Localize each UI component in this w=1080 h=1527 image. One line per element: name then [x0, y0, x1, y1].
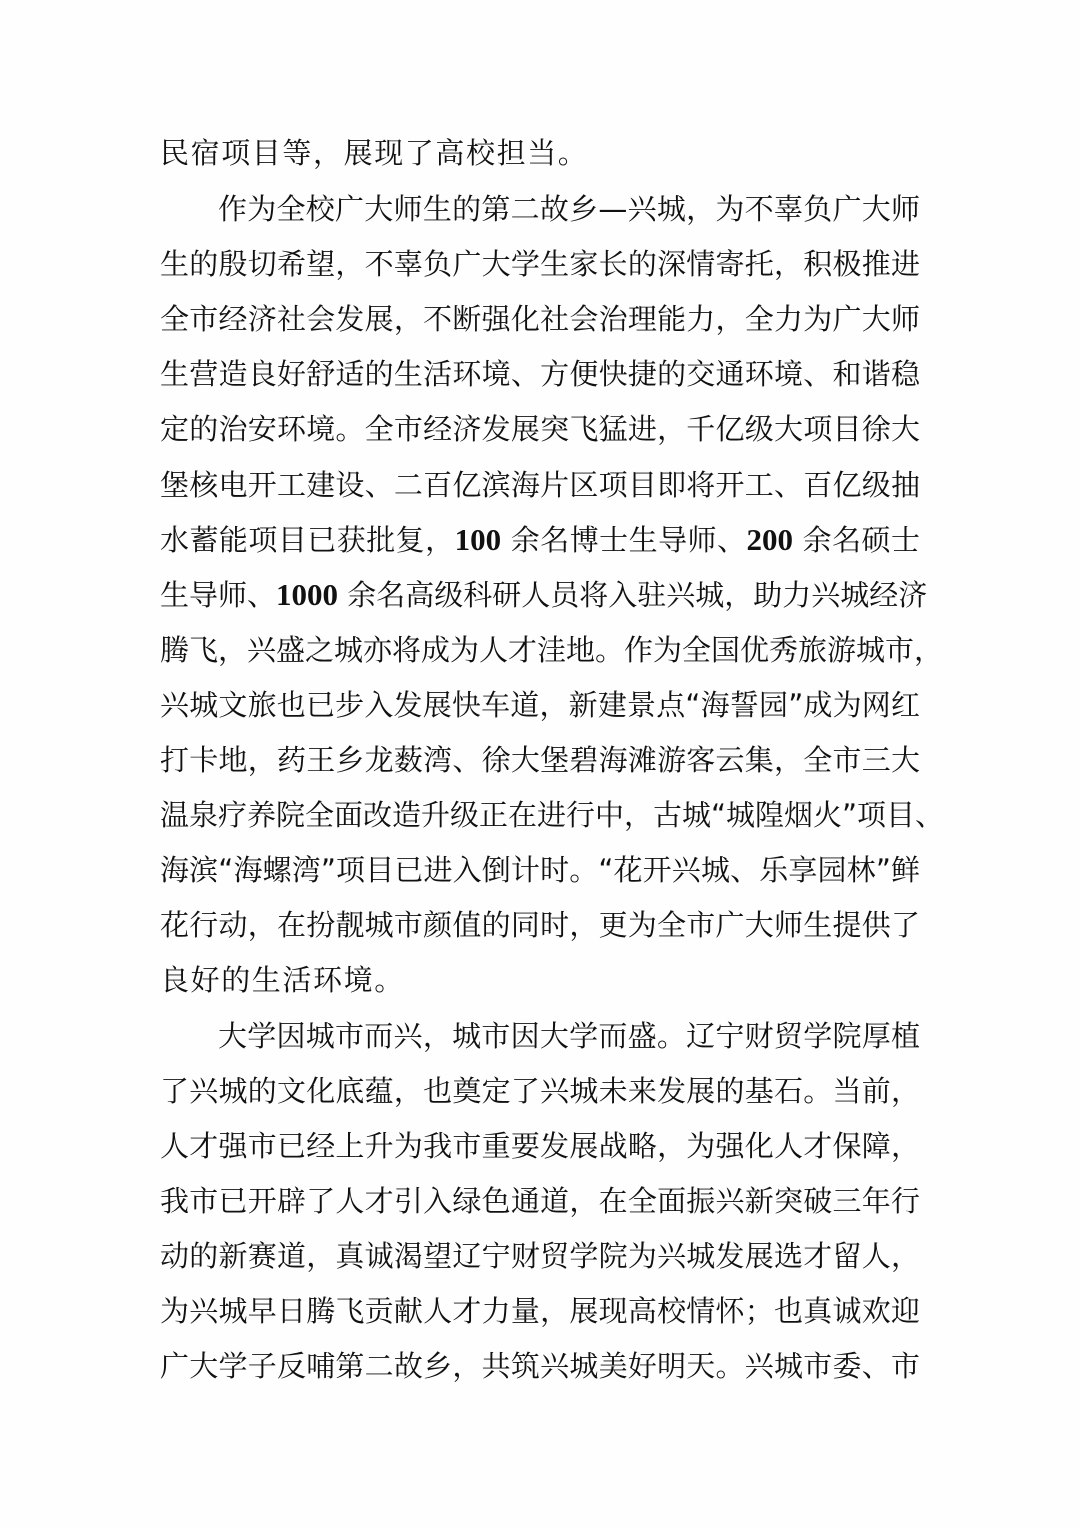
bold-number: 1000	[276, 577, 338, 612]
text-line: 堡核电开工建设、二百亿滨海片区项目即将开工、百亿级抽	[160, 465, 920, 505]
text-line: 良好的生活环境。	[160, 960, 920, 1000]
document-page: 民宿项目等，展现了高校担当。 作为全校广大师生的第二故乡—兴城，为不辜负广大师 …	[0, 0, 1080, 1527]
text-line: 腾飞，兴盛之城亦将成为人才洼地。作为全国优秀旅游城市，	[160, 630, 920, 670]
text-line: 生营造良好舒适的生活环境、方便快捷的交通环境、和谐稳	[160, 354, 920, 394]
text-line: 花行动，在扮靓城市颜值的同时，更为全市广大师生提供了	[160, 905, 920, 945]
text-line: 兴城文旅也已步入发展快车道，新建景点“海誓园”成为网红	[160, 685, 920, 725]
text-line: 打卡地，药王乡龙薮湾、徐大堡碧海滩游客云集，全市三大	[160, 740, 920, 780]
text-segment: 水蓄能项目已获批复，	[160, 523, 455, 557]
text-line: 广大学子反哺第二故乡，共筑兴城美好明天。兴城市委、市	[160, 1346, 920, 1386]
text-segment: 余名高级科研人员将入驻兴城，助力兴城经济	[338, 578, 927, 612]
text-segment: 余名博士生导师、	[501, 523, 746, 557]
text-line: 温泉疗养院全面改造升级正在进行中，古城“城隍烟火”项目、	[160, 795, 920, 835]
text-line: 生的殷切希望，不辜负广大学生家长的深情寄托，积极推进	[160, 244, 920, 284]
text-line: 海滨“海螺湾”项目已进入倒计时。“花开兴城、乐享园林”鲜	[160, 850, 920, 890]
bold-number: 100	[455, 522, 502, 557]
text-line-paragraph-start: 作为全校广大师生的第二故乡—兴城，为不辜负广大师	[218, 189, 920, 229]
text-line: 全市经济社会发展，不断强化社会治理能力，全力为广大师	[160, 299, 920, 339]
text-segment: 生导师、	[160, 578, 276, 612]
text-line: 我市已开辟了人才引入绿色通道，在全面振兴新突破三年行	[160, 1181, 920, 1221]
text-line: 人才强市已经上升为我市重要发展战略，为强化人才保障，	[160, 1126, 920, 1166]
text-line: 动的新赛道，真诚渴望辽宁财贸学院为兴城发展选才留人，	[160, 1236, 920, 1276]
text-line-paragraph-start: 大学因城市而兴，城市因大学而盛。辽宁财贸学院厚植	[218, 1016, 920, 1056]
text-line: 了兴城的文化底蕴，也奠定了兴城未来发展的基石。当前，	[160, 1071, 920, 1111]
text-line: 定的治安环境。全市经济发展突飞猛进，千亿级大项目徐大	[160, 409, 920, 449]
text-line-with-numbers: 水蓄能项目已获批复，100 余名博士生导师、200 余名硕士	[160, 520, 920, 560]
bold-number: 200	[746, 522, 793, 557]
text-line: 民宿项目等，展现了高校担当。	[160, 133, 920, 173]
text-line: 为兴城早日腾飞贡献人才力量，展现高校情怀；也真诚欢迎	[160, 1291, 920, 1331]
text-line-with-numbers: 生导师、1000 余名高级科研人员将入驻兴城，助力兴城经济	[160, 575, 920, 615]
text-segment: 余名硕士	[793, 523, 920, 557]
